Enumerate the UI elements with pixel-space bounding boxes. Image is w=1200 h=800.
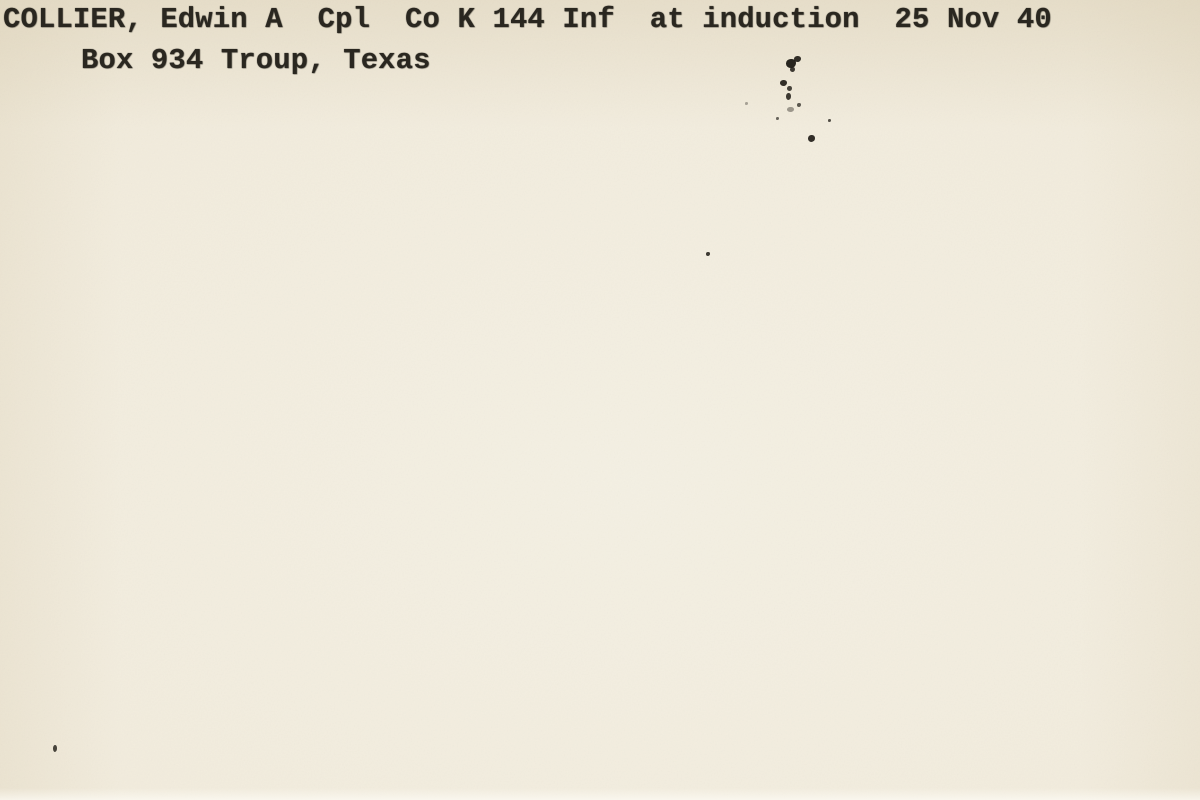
ink-speck [808, 135, 815, 142]
card-line-name-rank-unit-date: COLLIER, Edwin A Cpl Co K 144 Inf at ind… [3, 3, 1052, 36]
typewritten-text-block: COLLIER, Edwin A Cpl Co K 144 Inf at ind… [0, 0, 1200, 132]
ink-speck [53, 745, 57, 752]
card-line-address: Box 934 Troup, Texas [81, 44, 431, 77]
ink-speck [706, 252, 710, 256]
index-card: COLLIER, Edwin A Cpl Co K 144 Inf at ind… [0, 0, 1200, 800]
